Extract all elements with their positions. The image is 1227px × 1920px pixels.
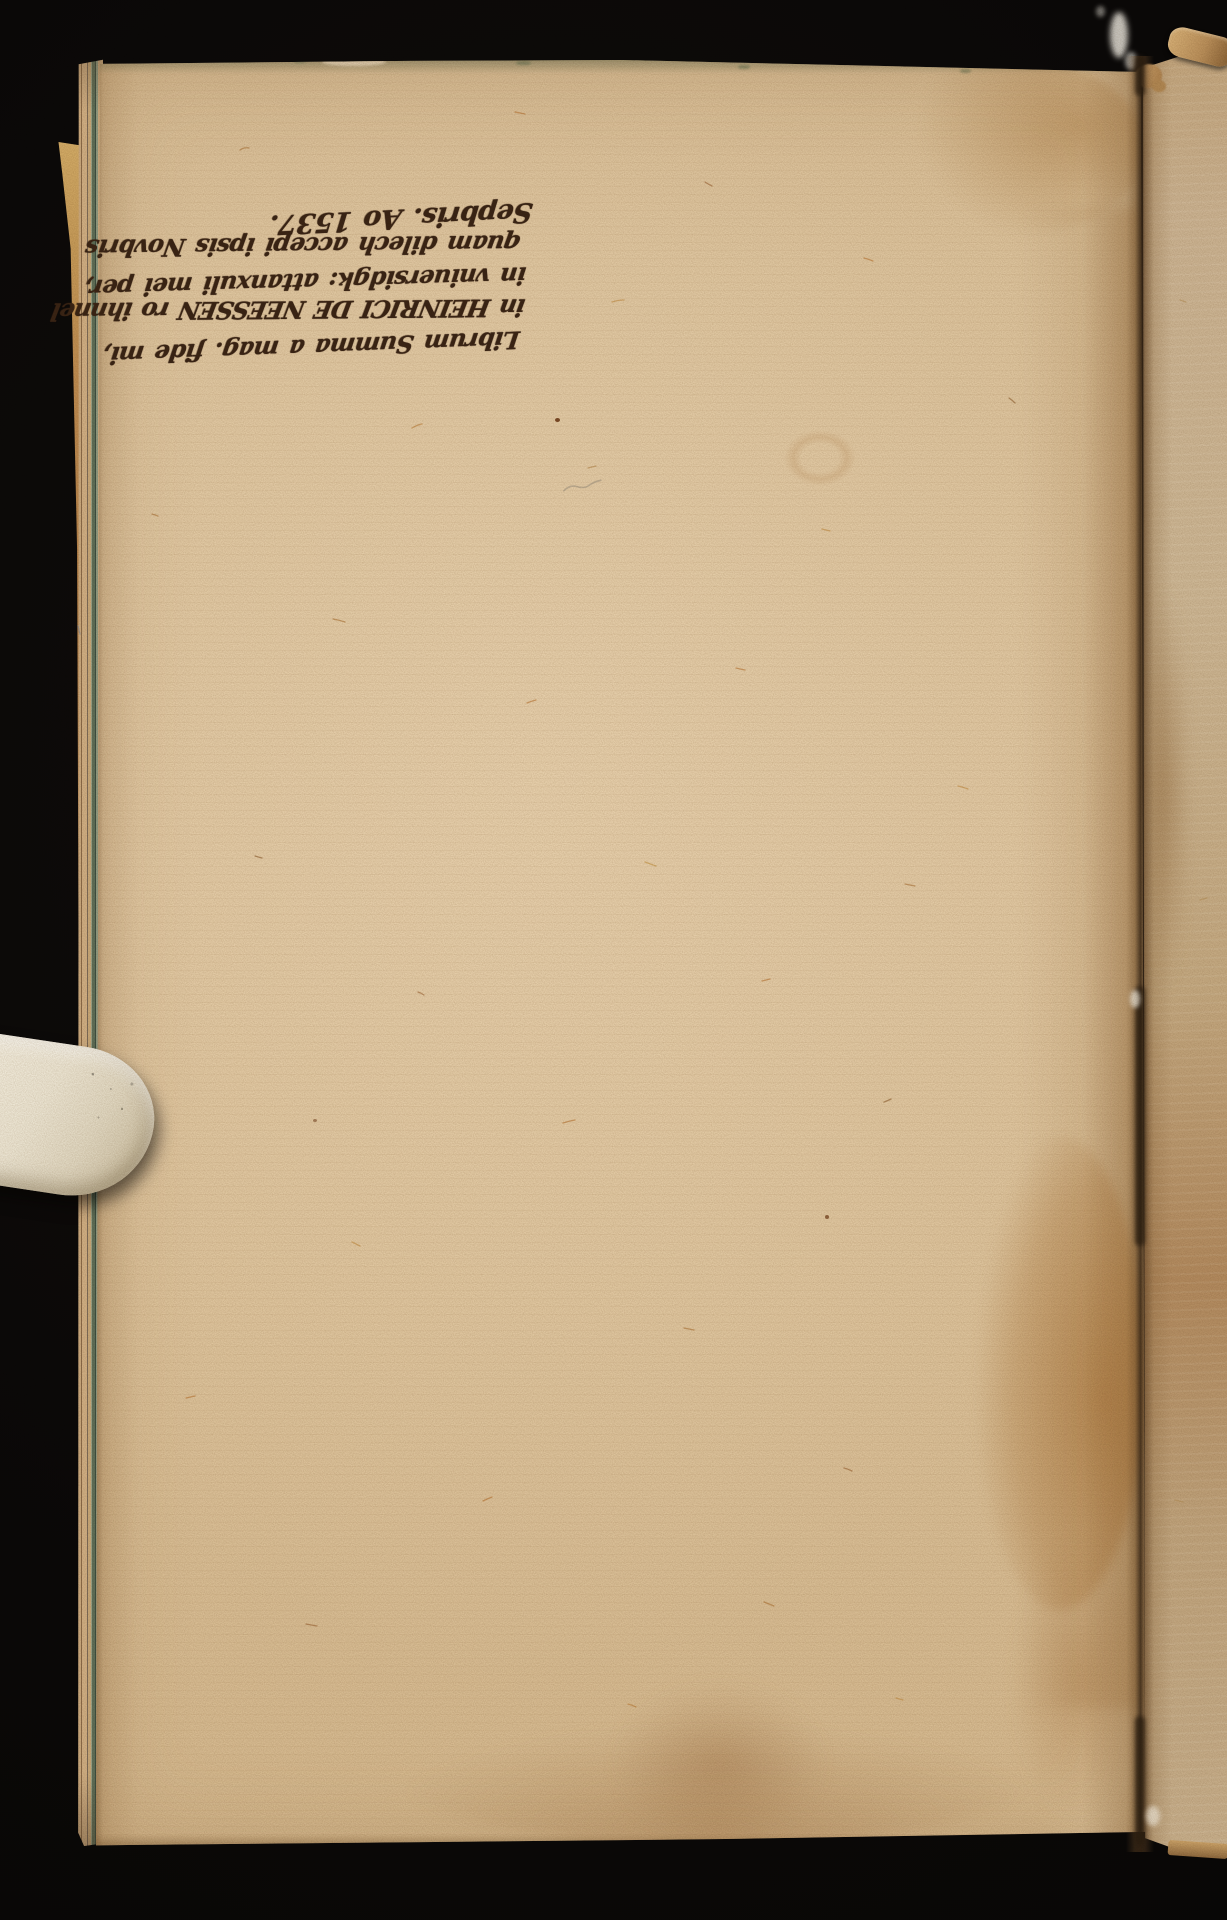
foxing-speck	[313, 1119, 317, 1122]
gutter-dark-segment	[1135, 986, 1145, 1246]
top-edge-deckle	[96, 58, 1145, 74]
dust-wisp	[1110, 12, 1128, 58]
bottom-edge-shade	[96, 1834, 1145, 1848]
green-edge-fleck	[738, 65, 750, 69]
gutter-fray	[1152, 80, 1166, 92]
manuscript-photo: Librum Summa a mag. fide mi, in HEINRICI…	[0, 0, 1227, 1920]
green-edge-fleck	[294, 59, 306, 63]
top-edge-nick	[322, 58, 386, 66]
gutter-fluff	[1146, 1806, 1160, 1826]
gutter-dark-segment	[1135, 1716, 1145, 1846]
green-edge-fleck	[960, 69, 971, 73]
stain-ring-ghost	[784, 430, 856, 486]
gutter-crease	[1126, 56, 1154, 1852]
ownership-inscription: Librum Summa a mag. fide mi, in HEINRICI…	[76, 189, 531, 364]
foxing-speck	[555, 418, 560, 422]
stain-bottom-band	[396, 1696, 1036, 1848]
dust-speck	[1096, 6, 1105, 17]
stain-large-lower-right	[974, 1136, 1146, 1610]
board-foot-edge	[1168, 1840, 1227, 1859]
stain-bottom-blotch	[612, 1680, 827, 1845]
gutter-dark-segment	[1135, 56, 1145, 96]
gutter-fluff	[1130, 990, 1140, 1008]
foxing-speck	[825, 1215, 829, 1219]
stain-top-right	[880, 58, 1145, 236]
green-edge-fleck	[516, 61, 531, 65]
